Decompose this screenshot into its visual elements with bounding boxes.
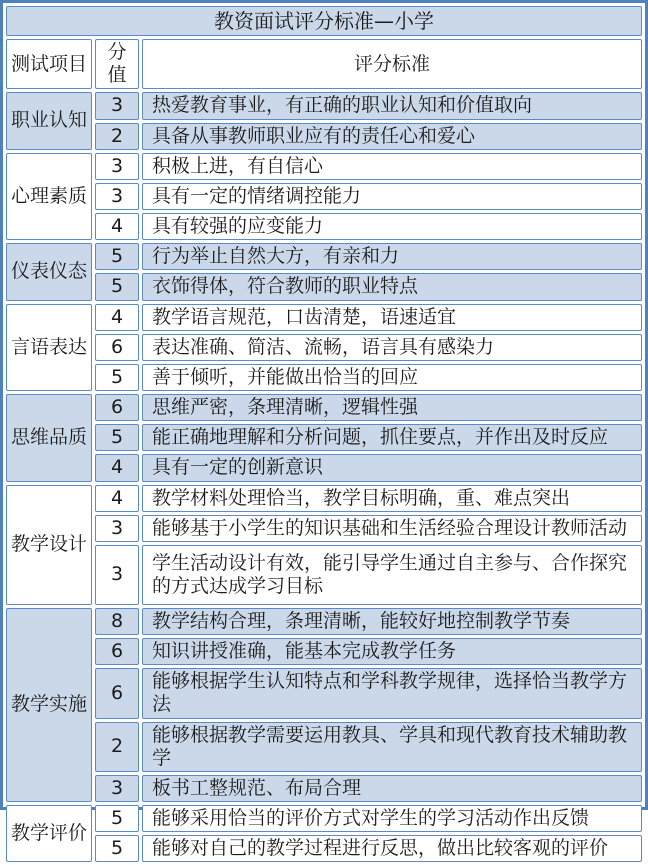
rubric-table: 教资面试评分标准—小学 测试项目 分值 评分标准 职业认知3热爱教育事业，有正确… (3, 3, 645, 865)
score-cell: 4 (95, 213, 139, 240)
score-cell: 6 (95, 668, 139, 718)
score-cell: 2 (95, 722, 139, 772)
criteria-cell: 热爱教育事业，有正确的职业认知和价值取向 (142, 92, 642, 119)
category-cell: 思维品质 (6, 394, 92, 482)
criteria-cell: 能够基于小学生的知识基础和生活经验合理设计教师活动 (142, 515, 642, 542)
table-row: 4具有一定的创新意识 (6, 454, 642, 481)
score-cell: 3 (95, 545, 139, 605)
table-row: 6能够根据学生认知特点和学科教学规律，选择恰当教学方法 (6, 668, 642, 718)
table-row: 2能够根据教学需要运用教具、学具和现代教育技术辅助教学 (6, 722, 642, 772)
criteria-cell: 能够根据教学需要运用教具、学具和现代教育技术辅助教学 (142, 722, 642, 772)
criteria-cell: 学生活动设计有效，能引导学生通过自主参与、合作探究的方式达成学习目标 (142, 545, 642, 605)
category-cell: 教学设计 (6, 485, 92, 605)
table-row: 3学生活动设计有效，能引导学生通过自主参与、合作探究的方式达成学习目标 (6, 545, 642, 605)
score-cell: 4 (95, 485, 139, 512)
criteria-cell: 知识讲授准确，能基本完成教学任务 (142, 638, 642, 665)
score-cell: 6 (95, 334, 139, 361)
table-row: 3具有一定的情绪调控能力 (6, 183, 642, 210)
table-row: 教学实施8教学结构合理，条理清晰，能较好地控制教学节奏 (6, 608, 642, 635)
criteria-cell: 能够根据学生认知特点和学科教学规律，选择恰当教学方法 (142, 668, 642, 718)
score-cell: 3 (95, 775, 139, 802)
column-header-criteria: 评分标准 (142, 39, 642, 89)
column-header-score: 分值 (95, 39, 139, 89)
criteria-cell: 教学结构合理，条理清晰，能较好地控制教学节奏 (142, 608, 642, 635)
table-row: 5衣饰得体，符合教师的职业特点 (6, 273, 642, 300)
score-cell: 5 (95, 273, 139, 300)
table-row: 心理素质3积极上进，有自信心 (6, 153, 642, 180)
criteria-cell: 具备从事教师职业应有的责任心和爱心 (142, 123, 642, 150)
table-row: 3能够基于小学生的知识基础和生活经验合理设计教师活动 (6, 515, 642, 542)
criteria-cell: 板书工整规范、布局合理 (142, 775, 642, 802)
criteria-cell: 教学材料处理恰当，教学目标明确，重、难点突出 (142, 485, 642, 512)
table-row: 思维品质6思维严密，条理清晰，逻辑性强 (6, 394, 642, 421)
table-row: 职业认知3热爱教育事业，有正确的职业认知和价值取向 (6, 92, 642, 119)
category-cell: 心理素质 (6, 153, 92, 241)
table-row: 5善于倾听，并能做出恰当的回应 (6, 364, 642, 391)
criteria-cell: 善于倾听，并能做出恰当的回应 (142, 364, 642, 391)
criteria-cell: 具有一定的情绪调控能力 (142, 183, 642, 210)
criteria-cell: 思维严密，条理清晰，逻辑性强 (142, 394, 642, 421)
table-title: 教资面试评分标准—小学 (6, 6, 642, 36)
score-cell: 5 (95, 424, 139, 451)
table-row: 3板书工整规范、布局合理 (6, 775, 642, 802)
category-cell: 仪表仪态 (6, 243, 92, 300)
rubric-table-frame: 教资面试评分标准—小学 测试项目 分值 评分标准 职业认知3热爱教育事业，有正确… (0, 0, 648, 810)
score-cell: 6 (95, 638, 139, 665)
criteria-cell: 能正确地理解和分析问题，抓住要点，并作出及时反应 (142, 424, 642, 451)
criteria-cell: 衣饰得体，符合教师的职业特点 (142, 273, 642, 300)
criteria-cell: 积极上进，有自信心 (142, 153, 642, 180)
score-cell: 4 (95, 454, 139, 481)
criteria-cell: 能够采用恰当的评价方式对学生的学习活动作出反馈 (142, 805, 642, 832)
score-cell: 4 (95, 304, 139, 331)
criteria-cell: 具有较强的应变能力 (142, 213, 642, 240)
table-row: 教学评价5能够采用恰当的评价方式对学生的学习活动作出反馈 (6, 805, 642, 832)
table-row: 仪表仪态5行为举止自然大方，有亲和力 (6, 243, 642, 270)
rubric-body: 职业认知3热爱教育事业，有正确的职业认知和价值取向2具备从事教师职业应有的责任心… (6, 92, 642, 862)
score-cell: 5 (95, 805, 139, 832)
criteria-cell: 能够对自己的教学过程进行反思，做出比较客观的评价 (142, 835, 642, 862)
category-cell: 职业认知 (6, 92, 92, 149)
score-cell: 5 (95, 364, 139, 391)
score-cell: 5 (95, 243, 139, 270)
criteria-cell: 表达准确、简洁、流畅，语言具有感染力 (142, 334, 642, 361)
table-row: 6表达准确、简洁、流畅，语言具有感染力 (6, 334, 642, 361)
score-cell: 5 (95, 835, 139, 862)
category-cell: 教学实施 (6, 608, 92, 802)
score-cell: 3 (95, 92, 139, 119)
table-row: 言语表达4教学语言规范，口齿清楚，语速适宜 (6, 304, 642, 331)
column-header-test-item: 测试项目 (6, 39, 92, 89)
score-cell: 2 (95, 123, 139, 150)
category-cell: 教学评价 (6, 805, 92, 862)
score-cell: 3 (95, 183, 139, 210)
criteria-cell: 行为举止自然大方，有亲和力 (142, 243, 642, 270)
table-row: 5能够对自己的教学过程进行反思，做出比较客观的评价 (6, 835, 642, 862)
score-cell: 3 (95, 515, 139, 542)
score-cell: 6 (95, 394, 139, 421)
table-row: 5能正确地理解和分析问题，抓住要点，并作出及时反应 (6, 424, 642, 451)
criteria-cell: 具有一定的创新意识 (142, 454, 642, 481)
header-row: 测试项目 分值 评分标准 (6, 39, 642, 89)
table-row: 4具有较强的应变能力 (6, 213, 642, 240)
table-row: 2具备从事教师职业应有的责任心和爱心 (6, 123, 642, 150)
table-row: 教学设计4教学材料处理恰当，教学目标明确，重、难点突出 (6, 485, 642, 512)
score-cell: 3 (95, 153, 139, 180)
category-cell: 言语表达 (6, 304, 92, 392)
criteria-cell: 教学语言规范，口齿清楚，语速适宜 (142, 304, 642, 331)
title-row: 教资面试评分标准—小学 (6, 6, 642, 36)
table-row: 6知识讲授准确，能基本完成教学任务 (6, 638, 642, 665)
score-cell: 8 (95, 608, 139, 635)
